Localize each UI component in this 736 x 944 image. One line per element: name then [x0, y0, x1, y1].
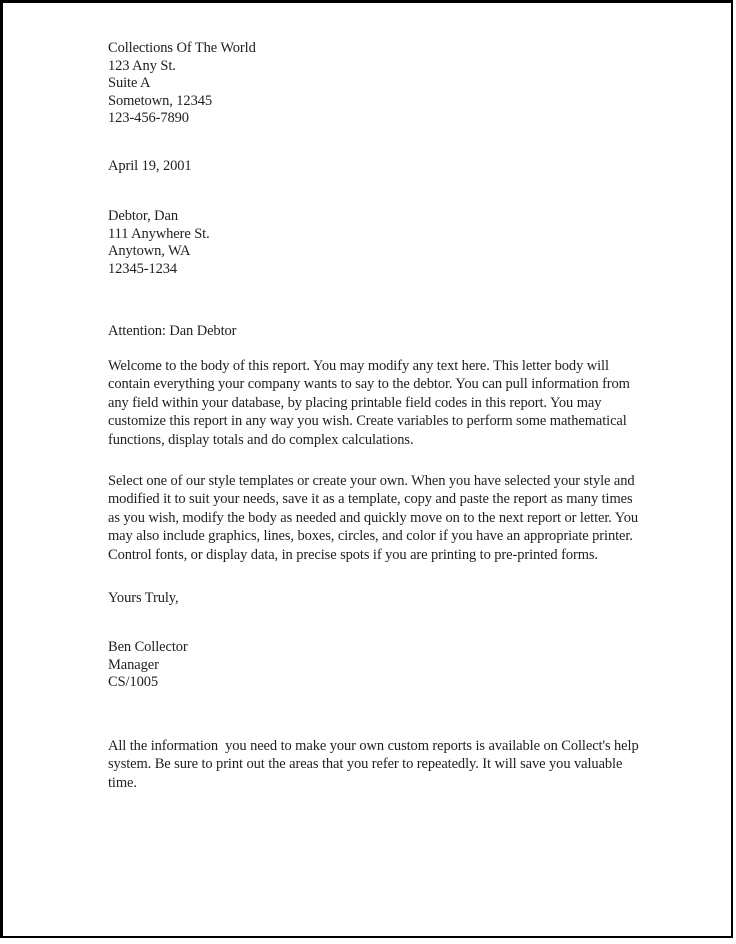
text-line: Control fonts, or display data, in preci…: [108, 546, 638, 564]
text-line: Anytown, WA: [108, 243, 210, 261]
text-line: contain everything your company wants to…: [108, 375, 630, 393]
text-line: All the information you need to make you…: [108, 737, 639, 755]
text-line: 111 Anywhere St.: [108, 226, 210, 244]
text-line: Suite A: [108, 75, 256, 93]
closing-line: Yours Truly,: [108, 590, 179, 608]
sender-address-block: Collections Of The World123 Any St.Suite…: [108, 40, 256, 128]
text-line: Debtor, Dan: [108, 208, 210, 226]
text-line: 123-456-7890: [108, 110, 256, 128]
text-line: Select one of our style templates or cre…: [108, 472, 638, 490]
recipient-address-block: Debtor, Dan111 Anywhere St.Anytown, WA12…: [108, 208, 210, 278]
text-line: Welcome to the body of this report. You …: [108, 357, 630, 375]
signature-block: Ben CollectorManagerCS/1005: [108, 639, 188, 692]
footer-paragraph: All the information you need to make you…: [108, 737, 639, 792]
letter-date: April 19, 2001: [108, 158, 192, 176]
text-line: Manager: [108, 657, 188, 675]
text-line: any field within your database, by placi…: [108, 394, 630, 412]
text-line: system. Be sure to print out the areas t…: [108, 755, 639, 773]
body-paragraph-2: Select one of our style templates or cre…: [108, 472, 638, 564]
text-line: Collections Of The World: [108, 40, 256, 58]
body-paragraph-1: Welcome to the body of this report. You …: [108, 357, 630, 449]
text-line: 123 Any St.: [108, 58, 256, 76]
text-line: modified it to suit your needs, save it …: [108, 490, 638, 508]
text-line: functions, display totals and do complex…: [108, 431, 630, 449]
text-line: customize this report in any way you wis…: [108, 412, 630, 430]
text-line: Sometown, 12345: [108, 93, 256, 111]
text-line: as you wish, modify the body as needed a…: [108, 509, 638, 527]
scan-page-border: [0, 0, 733, 938]
text-line: CS/1005: [108, 674, 188, 692]
text-line: time.: [108, 774, 639, 792]
text-line: may also include graphics, lines, boxes,…: [108, 527, 638, 545]
attention-line: Attention: Dan Debtor: [108, 323, 236, 341]
text-line: Ben Collector: [108, 639, 188, 657]
text-line: 12345-1234: [108, 261, 210, 279]
